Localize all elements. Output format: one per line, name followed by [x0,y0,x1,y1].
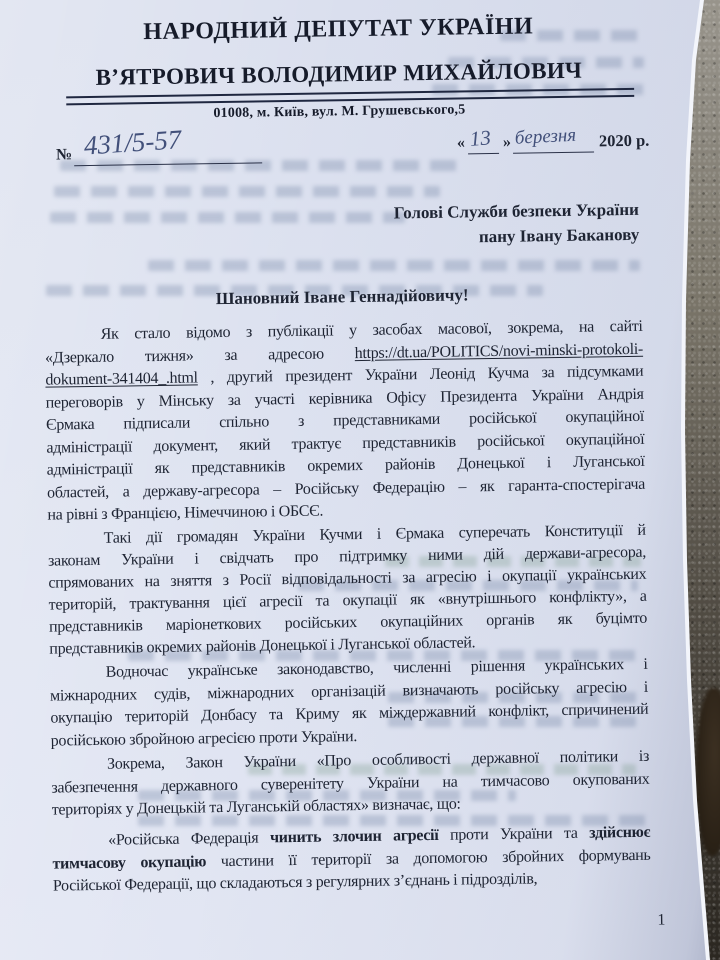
ref-number-handwritten: 431/5-57 [83,124,182,161]
letter-content: НАРОДНИЙ ДЕПУТАТ УКРАЇНИ В’ЯТРОВИЧ ВОЛОД… [0,0,720,960]
date-quote-open: « [457,134,465,152]
page-number: 1 [657,912,665,930]
ref-number-underline [74,162,262,166]
body-paragraph-3: Водночас українське законодавство, числе… [50,654,649,753]
date-day-handwritten: 13 [469,125,492,152]
url-link: dokument-341404_.html [45,369,198,388]
recipient-line: пану Івану Баканову [337,222,639,251]
body-text-bold: здійснює [589,824,650,842]
date-month-handwritten: березня [514,125,576,150]
salutation: Шановний Іване Геннадійовичу! [42,283,642,312]
body-paragraph-1: Як стало відомо з публікації у засобах м… [45,316,646,527]
body-paragraph-5: «Російська Федерація чинить злочин агрес… [52,822,651,898]
recipient-block: Голові Служби безпеки України пану Івану… [337,198,640,251]
date-quote-close: » [503,134,511,152]
date-year: 2020 р. [599,131,650,152]
body-paragraph-4: Зокрема, Закон України «Про особливості … [51,746,650,822]
url-link: https://dt.ua/POLITICS/novi-minski-proto… [355,340,644,361]
body-text: «Російська Федерація [108,829,270,848]
date-day-underline [468,153,499,154]
date-month-underline [513,151,594,153]
body-text: , другий президент України Леонід Кучма … [198,363,644,387]
body-text-bold: чинить злочин агресії [270,827,439,846]
letterhead-title: НАРОДНИЙ ДЕПУТАТ УКРАЇНИ [38,12,638,48]
ref-number-label: № [56,146,72,164]
body-paragraph-2: Такі дії громадян України Кучми і Єрмака… [48,520,648,661]
body-text: частини її території за допомогою збройн… [206,846,651,870]
photo-of-letter: НАРОДНИЙ ДЕПУТАТ УКРАЇНИ В’ЯТРОВИЧ ВОЛОД… [0,0,720,960]
body-text: проти України та [438,825,589,844]
deputy-name: В’ЯТРОВИЧ ВОЛОДИМИР МИХАЙЛОВИЧ [39,57,639,92]
recipient-line: Голові Служби безпеки України [337,198,639,227]
body-text-bold: тимчасову окупацію [52,853,206,872]
body-text: «Дзеркало тижня» за адресою [45,345,355,367]
